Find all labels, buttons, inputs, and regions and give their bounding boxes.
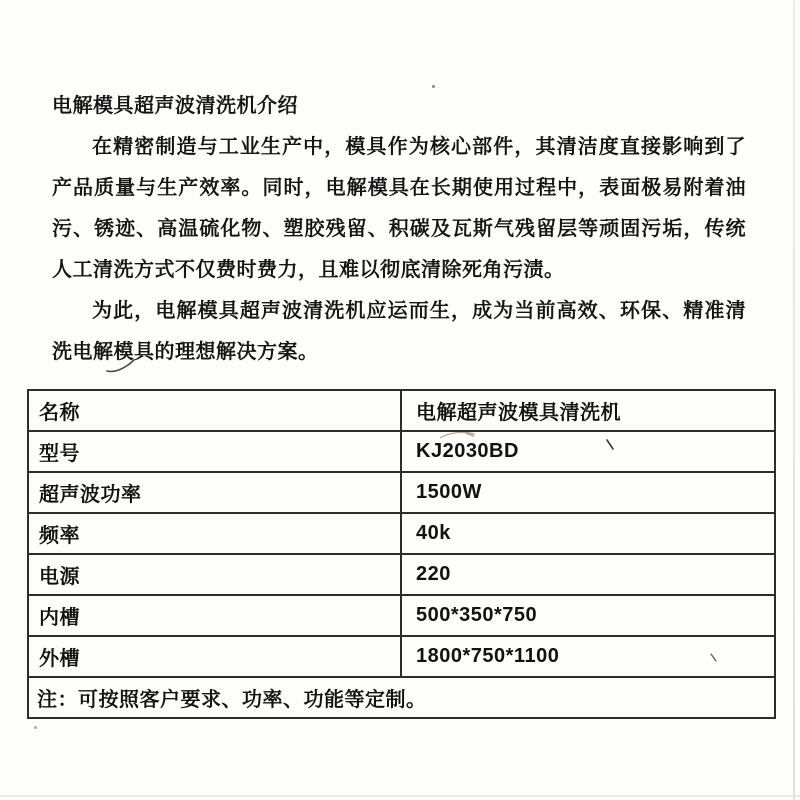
spec-value-cell: 40k bbox=[401, 513, 775, 554]
paragraph-solution: 为此，电解模具超声波清洗机应运而生，成为当前高效、环保、精准清洗电解模具的理想解… bbox=[52, 291, 746, 373]
table-row: 外槽 1800*750*1100 bbox=[28, 636, 775, 677]
spec-value-cell: 220 bbox=[401, 554, 775, 595]
paragraph-intro: 在精密制造与工业生产中，模具作为核心部件，其清洁度直接影响到了产品质量与生产效率… bbox=[52, 127, 746, 291]
spec-label-cell: 超声波功率 bbox=[28, 472, 401, 513]
table-row: 型号 KJ2030BD bbox=[28, 431, 775, 472]
spec-label-cell: 名称 bbox=[28, 390, 401, 431]
document-title: 电解模具超声波清洗机介绍 bbox=[52, 86, 746, 127]
spec-value-cell: 1500W bbox=[401, 472, 775, 513]
spec-value-cell: KJ2030BD bbox=[401, 431, 775, 472]
table-row: 频率 40k bbox=[28, 513, 775, 554]
spec-value-cell: 电解超声波模具清洗机 bbox=[401, 390, 775, 431]
spec-label-cell: 频率 bbox=[28, 513, 401, 554]
table-row: 超声波功率 1500W bbox=[28, 472, 775, 513]
spec-value-cell: 500*350*750 bbox=[401, 595, 775, 636]
document-page: 电解模具超声波清洗机介绍 在精密制造与工业生产中，模具作为核心部件，其清洁度直接… bbox=[0, 0, 800, 800]
spec-value-cell: 1800*750*1100 bbox=[401, 636, 775, 677]
spec-table: 名称 电解超声波模具清洗机 型号 KJ2030BD 超声波功率 1500W 频率… bbox=[27, 389, 776, 719]
table-row: 内槽 500*350*750 bbox=[28, 595, 775, 636]
document-body: 电解模具超声波清洗机介绍 在精密制造与工业生产中，模具作为核心部件，其清洁度直接… bbox=[52, 86, 746, 373]
spec-label-cell: 电源 bbox=[28, 554, 401, 595]
speck-mark bbox=[432, 85, 435, 88]
table-row: 名称 电解超声波模具清洗机 bbox=[28, 390, 775, 431]
table-note-row: 注：可按照客户要求、功率、功能等定制。 bbox=[28, 677, 775, 718]
spec-label-cell: 外槽 bbox=[28, 636, 401, 677]
speck-mark bbox=[34, 726, 37, 729]
table-note: 注：可按照客户要求、功率、功能等定制。 bbox=[28, 677, 775, 718]
table-row: 电源 220 bbox=[28, 554, 775, 595]
scan-edge-right bbox=[793, 0, 795, 800]
scan-edge-bottom bbox=[0, 795, 800, 797]
spec-label-cell: 型号 bbox=[28, 431, 401, 472]
spec-label-cell: 内槽 bbox=[28, 595, 401, 636]
